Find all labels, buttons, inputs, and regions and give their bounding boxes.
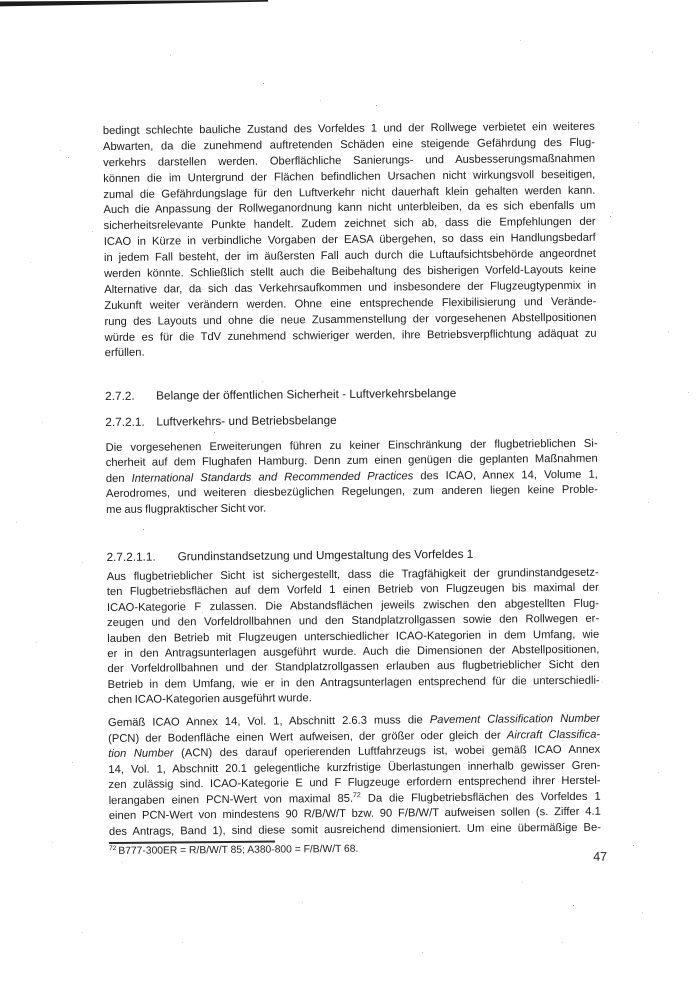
heading-2-7-2: 2.7.2.Belange der öffentlichen Sicherhei… xyxy=(105,385,597,405)
paragraph-2: Die vorgesehenen Erweiterungen führen zu… xyxy=(106,437,599,518)
heading-title: Luftverkehrs- und Betriebsbelange xyxy=(156,413,336,429)
paragraph-4: Gemäß ICAO Annex 14, Vol. 1, Abschnitt 2… xyxy=(108,712,601,840)
paragraph-3: Aus flugbetrieblicher Sicht ist sicherge… xyxy=(107,566,600,709)
page-number: 47 xyxy=(593,850,607,864)
heading-2-7-2-1: 2.7.2.1.Luftverkehrs- und Betriebsbelang… xyxy=(105,411,597,431)
scan-noise-dark xyxy=(0,0,1,1)
footnote-text: B777-300ER = R/B/W/T 85; A380-800 = F/B/… xyxy=(118,844,358,857)
heading-number: 2.7.2.1. xyxy=(105,415,156,431)
document-page: bedingt schlechte bauliche Zustand des V… xyxy=(0,0,700,990)
page-content: bedingt schlechte bauliche Zustand des V… xyxy=(102,0,603,990)
heading-title: Grundinstandsetzung und Umgestaltung des… xyxy=(177,547,473,564)
paragraph-1: bedingt schlechte bauliche Zustand des V… xyxy=(103,120,597,363)
heading-2-7-2-1-1: 2.7.2.1.1.Grundinstandsetzung und Umgest… xyxy=(106,546,598,566)
heading-title: Belange der öffentlichen Sicherheit - Lu… xyxy=(156,386,456,403)
heading-number: 2.7.2.1.1. xyxy=(106,549,177,565)
heading-number: 2.7.2. xyxy=(105,389,156,405)
footnote-marker: 72 xyxy=(109,845,116,852)
text-line: chen ICAO-Kategorien ausgeführt wurde. xyxy=(108,689,600,709)
footnote: 72B777-300ER = R/B/W/T 85; A380-800 = F/… xyxy=(109,841,529,859)
